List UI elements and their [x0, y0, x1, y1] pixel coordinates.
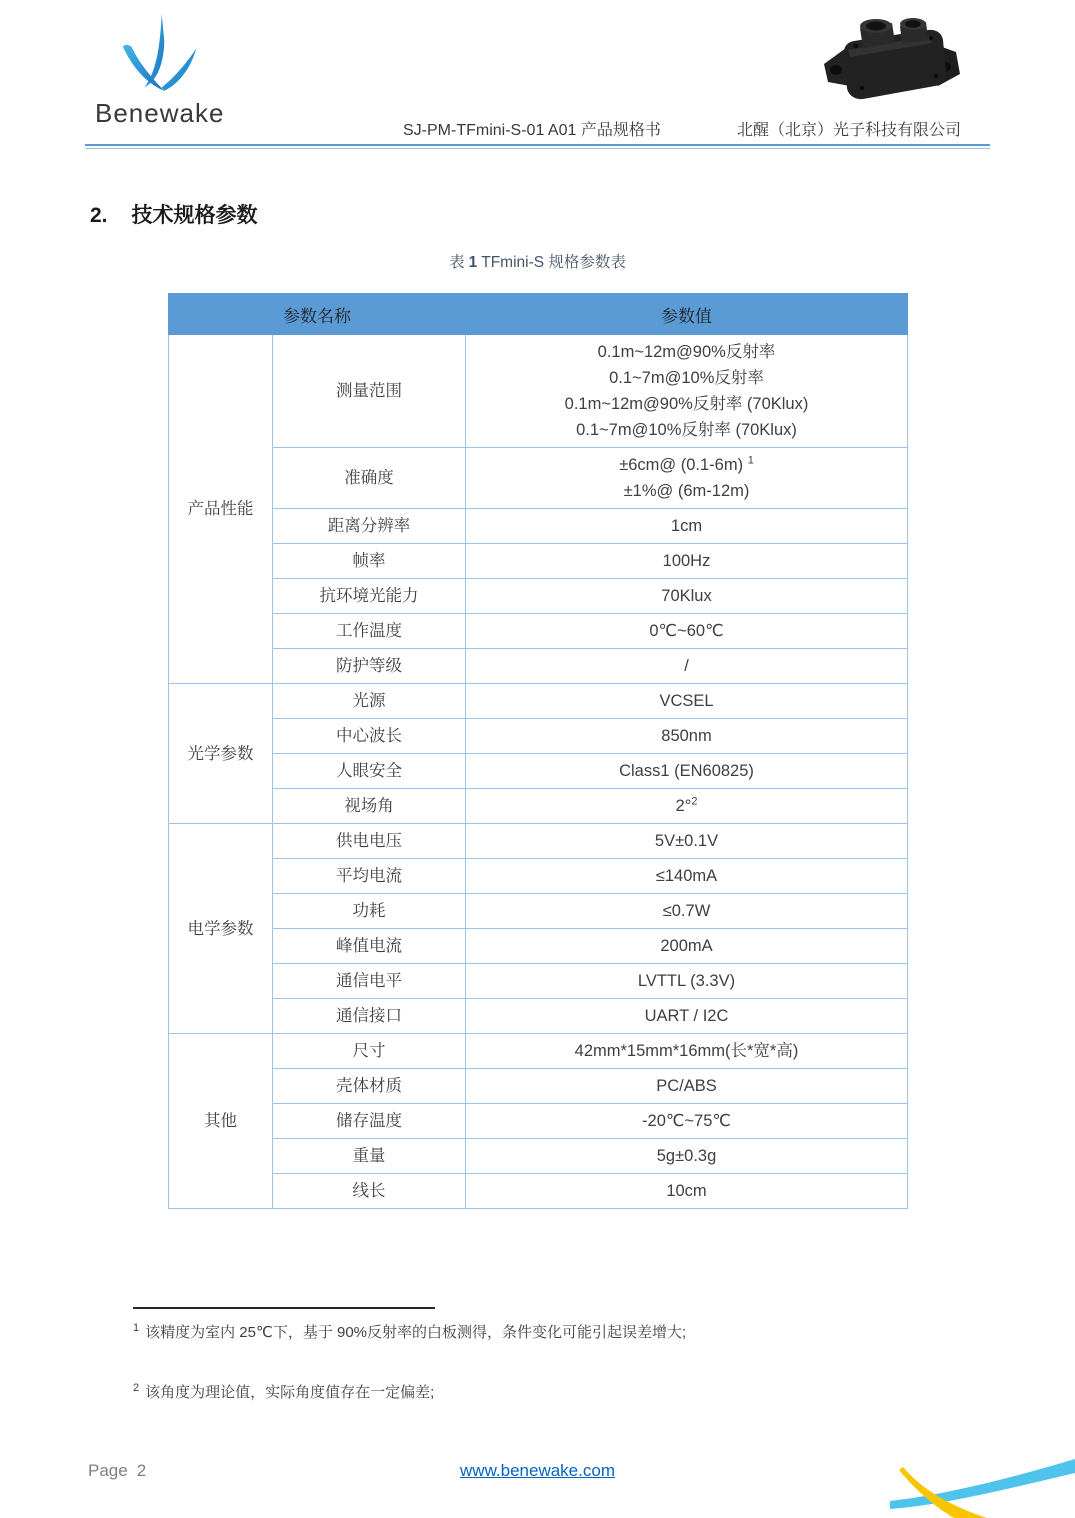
param-name-cell: 中心波长 [273, 719, 466, 754]
category-cell: 产品性能 [169, 335, 273, 684]
footnote-2-marker: 2 [133, 1382, 139, 1394]
table-caption: 表1TFmini-S 规格参数表 [168, 250, 907, 272]
param-name-cell: 抗环境光能力 [273, 579, 466, 614]
caption-title: TFmini-S 规格参数表 [481, 254, 626, 271]
table-row: 视场角2°2 [169, 789, 908, 824]
benewake-swoosh-icon [890, 1455, 1075, 1518]
benewake-logo-icon [121, 14, 199, 96]
table-row: 壳体材质PC/ABS [169, 1069, 908, 1104]
param-value-cell: 10cm [466, 1174, 908, 1209]
table-header-row: 参数名称 参数值 [169, 294, 908, 335]
section-title: 技术规格参数 [132, 204, 258, 227]
param-name-cell: 测量范围 [273, 335, 466, 448]
param-name-cell: 供电电压 [273, 824, 466, 859]
param-name-cell: 壳体材质 [273, 1069, 466, 1104]
param-name-cell: 储存温度 [273, 1104, 466, 1139]
param-name-cell: 工作温度 [273, 614, 466, 649]
param-name-cell: 线长 [273, 1174, 466, 1209]
tfmini-sensor-photo [818, 12, 966, 107]
table-row: 防护等级/ [169, 649, 908, 684]
table-row: 距离分辨率1cm [169, 509, 908, 544]
section-number: 2. [90, 204, 108, 228]
table-row: 光学参数光源VCSEL [169, 684, 908, 719]
param-name-cell: 视场角 [273, 789, 466, 824]
param-value-cell: PC/ABS [466, 1069, 908, 1104]
logo-text: Benewake [95, 98, 225, 129]
spec-table: 参数名称 参数值 产品性能测量范围0.1m~12m@90%反射率0.1~7m@1… [168, 293, 908, 1209]
footnote-1-marker: 1 [133, 1322, 139, 1334]
param-name-cell: 通信接口 [273, 999, 466, 1034]
param-name-cell: 距离分辨率 [273, 509, 466, 544]
param-value-cell: / [466, 649, 908, 684]
param-value-cell: 2°2 [466, 789, 908, 824]
param-value-cell: ≤0.7W [466, 894, 908, 929]
page: Benewake SJ-PM-TFmini-S-01 A01 产品规格书 北醒（… [0, 0, 1075, 1518]
param-value-cell: 100Hz [466, 544, 908, 579]
param-name-cell: 重量 [273, 1139, 466, 1174]
table-row: 峰值电流200mA [169, 929, 908, 964]
param-value-cell: 5g±0.3g [466, 1139, 908, 1174]
table-row: 通信电平LVTTL (3.3V) [169, 964, 908, 999]
footnote-2: 2该角度为理论值，实际角度值存在一定偏差; [133, 1377, 873, 1404]
param-name-cell: 准确度 [273, 448, 466, 509]
param-name-cell: 功耗 [273, 894, 466, 929]
caption-number: 1 [469, 254, 478, 271]
section-heading: 2.技术规格参数 [90, 199, 258, 229]
header-rule [85, 144, 990, 149]
param-value-cell: 70Klux [466, 579, 908, 614]
param-name-cell: 尺寸 [273, 1034, 466, 1069]
param-value-cell: 850nm [466, 719, 908, 754]
table-row: 产品性能测量范围0.1m~12m@90%反射率0.1~7m@10%反射率0.1m… [169, 335, 908, 448]
param-value-cell: 42mm*15mm*16mm(长*宽*高) [466, 1034, 908, 1069]
footnote-1: 1该精度为室内 25℃下，基于 90%反射率的白板测得，条件变化可能引起误差增大… [133, 1317, 873, 1344]
table-row: 人眼安全Class1 (EN60825) [169, 754, 908, 789]
category-cell: 其他 [169, 1034, 273, 1209]
param-value-cell: 0.1m~12m@90%反射率0.1~7m@10%反射率0.1m~12m@90%… [466, 335, 908, 448]
category-cell: 光学参数 [169, 684, 273, 824]
param-value-cell: 1cm [466, 509, 908, 544]
table-row: 抗环境光能力70Klux [169, 579, 908, 614]
footnote-ref: 1 [748, 455, 754, 467]
spec-table-body: 产品性能测量范围0.1m~12m@90%反射率0.1~7m@10%反射率0.1m… [169, 335, 908, 1209]
table-row: 通信接口UART / I2C [169, 999, 908, 1034]
header-doc-code: SJ-PM-TFmini-S-01 A01 产品规格书 [403, 117, 661, 140]
caption-label: 表 [449, 254, 465, 271]
website-link[interactable]: www.benewake.com [460, 1461, 615, 1480]
param-value-cell: ≤140mA [466, 859, 908, 894]
table-row: 中心波长850nm [169, 719, 908, 754]
table-row: 线长10cm [169, 1174, 908, 1209]
table-row: 工作温度0℃~60℃ [169, 614, 908, 649]
footnote-1-text: 该精度为室内 25℃下，基于 90%反射率的白板测得，条件变化可能引起误差增大; [145, 1324, 686, 1341]
param-value-cell: VCSEL [466, 684, 908, 719]
table-row: 其他尺寸42mm*15mm*16mm(长*宽*高) [169, 1034, 908, 1069]
header-company: 北醒（北京）光子科技有限公司 [737, 117, 961, 140]
table-row: 准确度±6cm@ (0.1-6m) 1±1%@ (6m-12m) [169, 448, 908, 509]
param-value-cell: -20℃~75℃ [466, 1104, 908, 1139]
param-value-cell: UART / I2C [466, 999, 908, 1034]
col-header-param-name: 参数名称 [169, 294, 466, 335]
param-name-cell: 峰值电流 [273, 929, 466, 964]
param-value-cell: ±6cm@ (0.1-6m) 1±1%@ (6m-12m) [466, 448, 908, 509]
param-name-cell: 通信电平 [273, 964, 466, 999]
category-cell: 电学参数 [169, 824, 273, 1034]
table-row: 帧率100Hz [169, 544, 908, 579]
param-value-cell: 5V±0.1V [466, 824, 908, 859]
table-row: 储存温度-20℃~75℃ [169, 1104, 908, 1139]
param-value-cell: 0℃~60℃ [466, 614, 908, 649]
param-name-cell: 防护等级 [273, 649, 466, 684]
table-row: 电学参数供电电压5V±0.1V [169, 824, 908, 859]
param-name-cell: 光源 [273, 684, 466, 719]
param-name-cell: 人眼安全 [273, 754, 466, 789]
param-value-cell: 200mA [466, 929, 908, 964]
table-row: 平均电流≤140mA [169, 859, 908, 894]
table-row: 重量5g±0.3g [169, 1139, 908, 1174]
footnote-ref: 2 [691, 796, 697, 808]
param-name-cell: 帧率 [273, 544, 466, 579]
benewake-logo: Benewake [95, 14, 225, 129]
table-row: 功耗≤0.7W [169, 894, 908, 929]
col-header-param-value: 参数值 [466, 294, 908, 335]
param-name-cell: 平均电流 [273, 859, 466, 894]
param-value-cell: Class1 (EN60825) [466, 754, 908, 789]
param-value-cell: LVTTL (3.3V) [466, 964, 908, 999]
footnote-2-text: 该角度为理论值，实际角度值存在一定偏差; [145, 1384, 434, 1401]
footnote-separator [133, 1307, 435, 1309]
